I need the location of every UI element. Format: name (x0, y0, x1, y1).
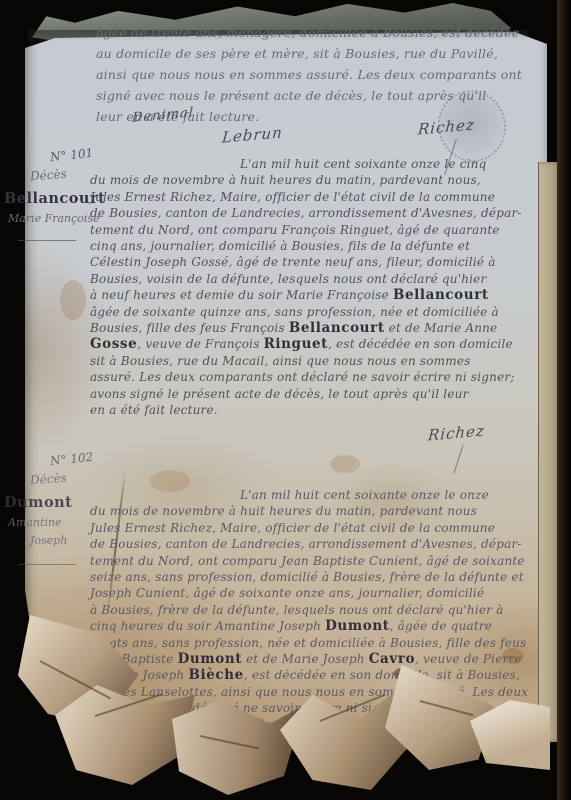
text-segment: cinq ans, journalier, domicilié à Bousie… (90, 239, 470, 253)
text-segment: Bousies, fille des feus François (90, 321, 289, 335)
text-segment: seize ans, sans profession, domicilié à … (90, 570, 524, 584)
handwritten-line: âgée de trente ans, ménagère, domiciliée… (96, 22, 542, 43)
surname-bold: Dumont (325, 618, 389, 634)
text-segment: au domicile de ses père et mère, sit à B… (96, 46, 498, 61)
act-firstname: Marie Françoise (8, 212, 100, 225)
text-segment: Bousies, voisin de la défunte, lesquels … (90, 272, 486, 286)
text-segment: cinq heures du soir Amantine Joseph (90, 619, 325, 633)
handwritten-line: Gosse, veuve de François Ringuet, est dé… (90, 336, 542, 352)
handwritten-line: Célestin Joseph Gossé, âgé de trente neu… (90, 254, 542, 270)
act2-text: L'an mil huit cent soixante onze le onze… (90, 487, 542, 750)
text-segment: , est décédée en son domicile, sit à Bou… (244, 668, 520, 682)
handwritten-line: du mois de novembre à huit heures du mat… (90, 172, 542, 188)
text-segment: Jean Baptiste (90, 652, 178, 666)
text-segment: L'an mil huit cent soixante onze le cinq (240, 157, 486, 171)
act-type-label: Décès (30, 471, 68, 488)
text-segment: tement du Nord, ont comparu François Rin… (90, 223, 500, 237)
handwritten-line: rue des Lanselottes, ainsi que nous nous… (90, 684, 542, 700)
text-segment: L'an mil huit cent soixante onze le onze (240, 488, 489, 502)
act-firstname2: Joseph (30, 534, 67, 547)
surname-bold: Bellancourt (393, 287, 489, 303)
text-segment: Célestin Joseph Gossé, âgé de trente neu… (90, 255, 496, 269)
handwritten-line: assuré. Les deux comparants ont déclaré … (90, 369, 542, 385)
handwritten-line: au domicile de ses père et mère, sit à B… (96, 43, 542, 64)
text-segment: de Bousies, canton de Landrecies, arrond… (90, 537, 522, 551)
handwritten-line: Joseph Cunient, âgé de soixante onze ans… (90, 585, 542, 601)
handwritten-line: L'an mil huit cent soixante onze le cinq (90, 156, 542, 172)
handwritten-line: Bousies, voisin de la défunte, lesquels … (90, 271, 542, 287)
text-segment: avons signé le présent acte de décès, le… (90, 387, 469, 401)
text-segment: du mois de novembre à huit heures du mat… (90, 504, 477, 518)
handwritten-line: tement du Nord, ont comparu François Rin… (90, 222, 542, 238)
handwritten-line: à Bousies, frère de la défunte, lesquels… (90, 602, 542, 618)
text-segment: , est décédée en son domicile (328, 337, 513, 351)
handwritten-line: Jules Ernest Richez, Maire, officier de … (90, 189, 542, 205)
surname-bold: Dumont (178, 651, 242, 667)
act-surname: Dumont (4, 494, 72, 511)
handwritten-line: Antoine Joseph Bièche, est décédée en so… (90, 667, 542, 683)
margin-rule (18, 564, 76, 565)
text-segment: de Bousies, canton de Landrecies, arrond… (90, 206, 522, 220)
handwritten-line: Bousies, fille des feus François Bellanc… (90, 320, 542, 336)
text-segment: à neuf heures et demie du soir Marie Fra… (90, 288, 393, 302)
handwritten-line: seul le présent acte de décès, le tout a… (90, 717, 542, 733)
surname-bold: Bellancourt (289, 320, 385, 336)
text-segment: sit à Bousies, rue du Macail, ainsi que … (90, 354, 471, 368)
handwritten-line: en a été fait lecture. (90, 402, 542, 418)
text-segment: âgée de soixante quinze ans, sans profes… (90, 305, 499, 319)
text-segment: et de Marie Anne (385, 321, 498, 335)
text-segment: Joseph Cunient, âgé de soixante onze ans… (90, 586, 484, 600)
handwritten-line: seize ans, sans profession, domicilié à … (90, 569, 542, 585)
handwritten-line: du mois de novembre à huit heures du mat… (90, 503, 542, 519)
surname-bold: Ringuet (264, 336, 328, 352)
surname-bold: Cavro (369, 651, 415, 667)
handwritten-line: Jules Ernest Richez, Maire, officier de … (90, 520, 542, 536)
text-segment: et de Marie Joseph (242, 652, 369, 666)
handwritten-line: cinq ans, journalier, domicilié à Bousie… (90, 238, 542, 254)
text-segment: signé avec nous le présent acte de décès… (96, 88, 487, 103)
text-segment: tement du Nord, ont comparu Jean Baptist… (90, 554, 525, 568)
signature-richez: Richez (429, 737, 487, 760)
act-firstname: Amantine (8, 516, 62, 529)
text-segment: Jules Ernest Richez, Maire, officier de … (90, 190, 495, 204)
text-segment: du mois de novembre à huit heures du mat… (90, 173, 481, 187)
text-segment: assuré. Les deux comparants ont déclaré … (90, 370, 515, 384)
text-segment: à Bousies, frère de la défunte, lesquels… (90, 603, 504, 617)
text-segment: Antoine Joseph (90, 668, 188, 682)
handwritten-line: L'an mil huit cent soixante onze le onze (90, 487, 542, 503)
right-dark-gutter (557, 0, 571, 800)
handwritten-line: comparants ont déclaré ne savoir écrire … (90, 700, 542, 716)
text-segment: a été fait lecture. (90, 734, 199, 748)
handwritten-line: à neuf heures et demie du soir Marie Fra… (90, 287, 542, 303)
handwritten-line: avons signé le présent acte de décès, le… (90, 386, 542, 402)
text-segment: , veuve de Pierre (415, 652, 522, 666)
text-segment: vingts ans, sans profession, née et domi… (90, 636, 526, 650)
handwritten-line: de Bousies, canton de Landrecies, arrond… (90, 205, 542, 221)
text-segment: , âgée de quatre (390, 619, 493, 633)
handwritten-line: de Bousies, canton de Landrecies, arrond… (90, 536, 542, 552)
text-segment: seul le présent acte de décès, le tout a… (90, 718, 440, 732)
handwritten-line: sit à Bousies, rue du Macail, ainsi que … (90, 353, 542, 369)
handwritten-line: Jean Baptiste Dumont et de Marie Joseph … (90, 651, 542, 667)
text-segment: , veuve de François (137, 337, 263, 351)
text-segment: en a été fait lecture. (90, 403, 218, 417)
handwritten-line: tement du Nord, ont comparu Jean Baptist… (90, 553, 542, 569)
margin-rule (18, 240, 76, 241)
handwritten-line: cinq heures du soir Amantine Joseph Dumo… (90, 618, 542, 634)
handwritten-line: ainsi que nous nous en sommes assuré. Le… (96, 64, 542, 85)
handwritten-line: signé avec nous le présent acte de décès… (96, 85, 542, 106)
text-segment: Jules Ernest Richez, Maire, officier de … (90, 521, 495, 535)
text-segment: âgée de trente ans, ménagère, domiciliée… (96, 25, 519, 40)
surname-bold: Bièche (188, 667, 243, 683)
act1-text: L'an mil huit cent soixante onze le cinq… (90, 156, 542, 419)
handwritten-line: âgée de soixante quinze ans, sans profes… (90, 304, 542, 320)
act-type-label: Décès (30, 167, 68, 184)
surname-bold: Gosse (90, 336, 137, 352)
text-segment: ainsi que nous nous en sommes assuré. Le… (96, 67, 522, 82)
handwritten-line: vingts ans, sans profession, née et domi… (90, 635, 542, 651)
